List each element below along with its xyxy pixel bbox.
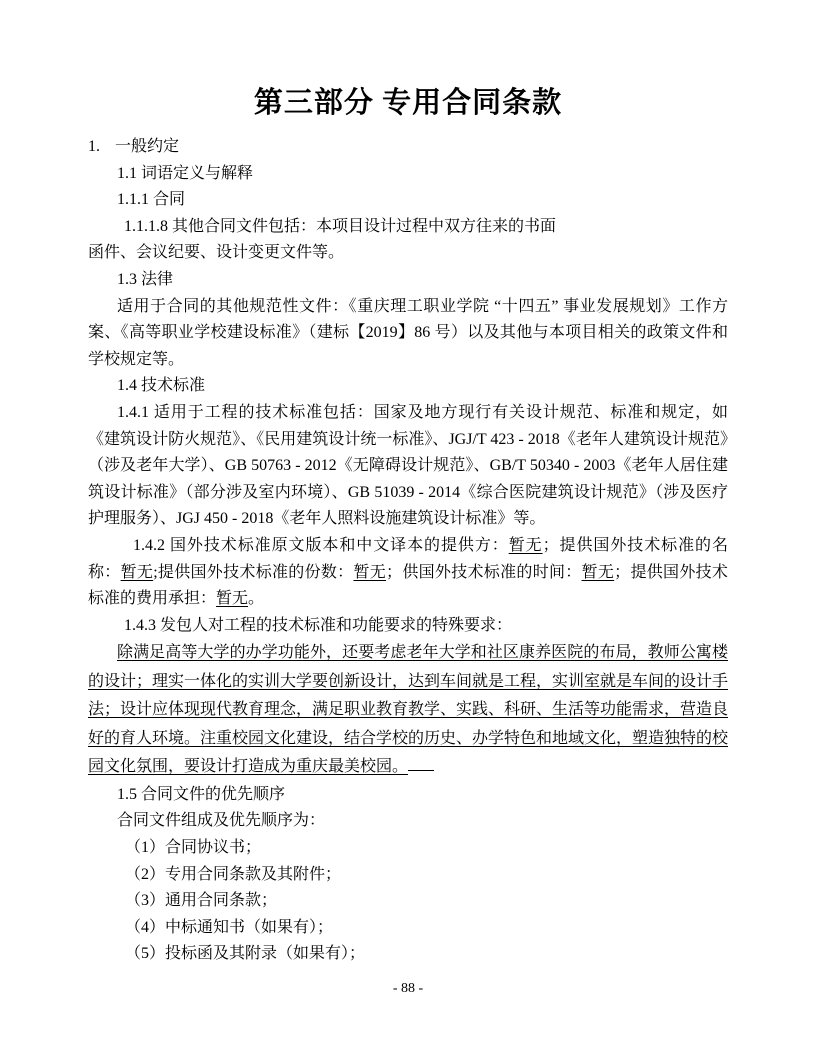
clause-1-4-2-body: 1.4.2 国外技术标准原文版本和中文译本的提供方：暂无；提供国外技术标准的名称… bbox=[88, 533, 728, 613]
clause-1-label: 一般约定 bbox=[115, 138, 179, 155]
blank-cost-value: 暂无 bbox=[216, 590, 248, 607]
page-number: - 88 - bbox=[0, 980, 816, 998]
clause-1-number: 1. bbox=[88, 134, 100, 161]
underline-tail bbox=[408, 754, 434, 771]
clause-1-1-heading: 1.1 词语定义与解释 bbox=[88, 161, 728, 188]
priority-list-item-2: （2）专用合同条款及其附件； bbox=[88, 862, 728, 889]
clause-1-4-3-heading: 1.4.3 发包人对工程的技术标准和功能要求的特殊要求： bbox=[88, 613, 728, 640]
blank-name-value: 暂无 bbox=[121, 564, 154, 581]
clause-1-5-heading: 1.5 合同文件的优先顺序 bbox=[88, 782, 728, 809]
clause-1-1-1-8-line2: 函件、会议纪要、设计变更文件等。 bbox=[88, 240, 728, 267]
clause-1-3-heading: 1.3 法律 bbox=[88, 267, 728, 294]
clause-1-4-2-text: 。 bbox=[248, 590, 264, 607]
clause-1-4-1-body: 1.4.1 适用于工程的技术标准包括：国家及地方现行有关设计规范、标准和规定，如… bbox=[88, 400, 728, 533]
clause-1-1-1-heading: 1.1.1 合同 bbox=[88, 187, 728, 214]
page-title: 第三部分 专用合同条款 bbox=[88, 84, 728, 122]
priority-list-item-1: （1）合同协议书； bbox=[88, 835, 728, 862]
clause-1-heading: 1.一般约定 bbox=[88, 134, 728, 161]
priority-list-item-4: （4）中标通知书（如果有）； bbox=[88, 915, 728, 942]
clause-1-4-2-text: ;提供国外技术标准的份数： bbox=[153, 564, 353, 581]
priority-list-item-3: （3）通用合同条款； bbox=[88, 888, 728, 915]
document-page: 第三部分 专用合同条款 1.一般约定 1.1 词语定义与解释 1.1.1 合同 … bbox=[0, 0, 816, 1056]
clause-1-1-1-8-line1: 1.1.1.8 其他合同文件包括：本项目设计过程中双方往来的书面 bbox=[88, 214, 728, 241]
priority-list-item-5: （5）投标函及其附录（如果有）； bbox=[88, 941, 728, 968]
clause-1-4-heading: 1.4 技术标准 bbox=[88, 373, 728, 400]
blank-time-value: 暂无 bbox=[582, 564, 615, 581]
clause-1-4-3-special-requirements: 除满足高等大学的办学功能外，还要考虑老年大学和社区康养医院的布局，教师公寓楼的设… bbox=[88, 639, 728, 782]
clause-1-3-body: 适用于合同的其他规范性文件：《重庆理工职业学院 “十四五” 事业发展规划》工作方… bbox=[88, 294, 728, 374]
blank-copies-value: 暂无 bbox=[353, 564, 386, 581]
clause-1-4-2-text: 1.4.2 国外技术标准原文版本和中文译本的提供方： bbox=[133, 537, 509, 554]
clause-1-5-intro: 合同文件组成及优先顺序为： bbox=[88, 808, 728, 835]
clause-1-4-2-text: ；供国外技术标准的时间： bbox=[386, 564, 582, 581]
blank-provider-value: 暂无 bbox=[509, 537, 543, 554]
